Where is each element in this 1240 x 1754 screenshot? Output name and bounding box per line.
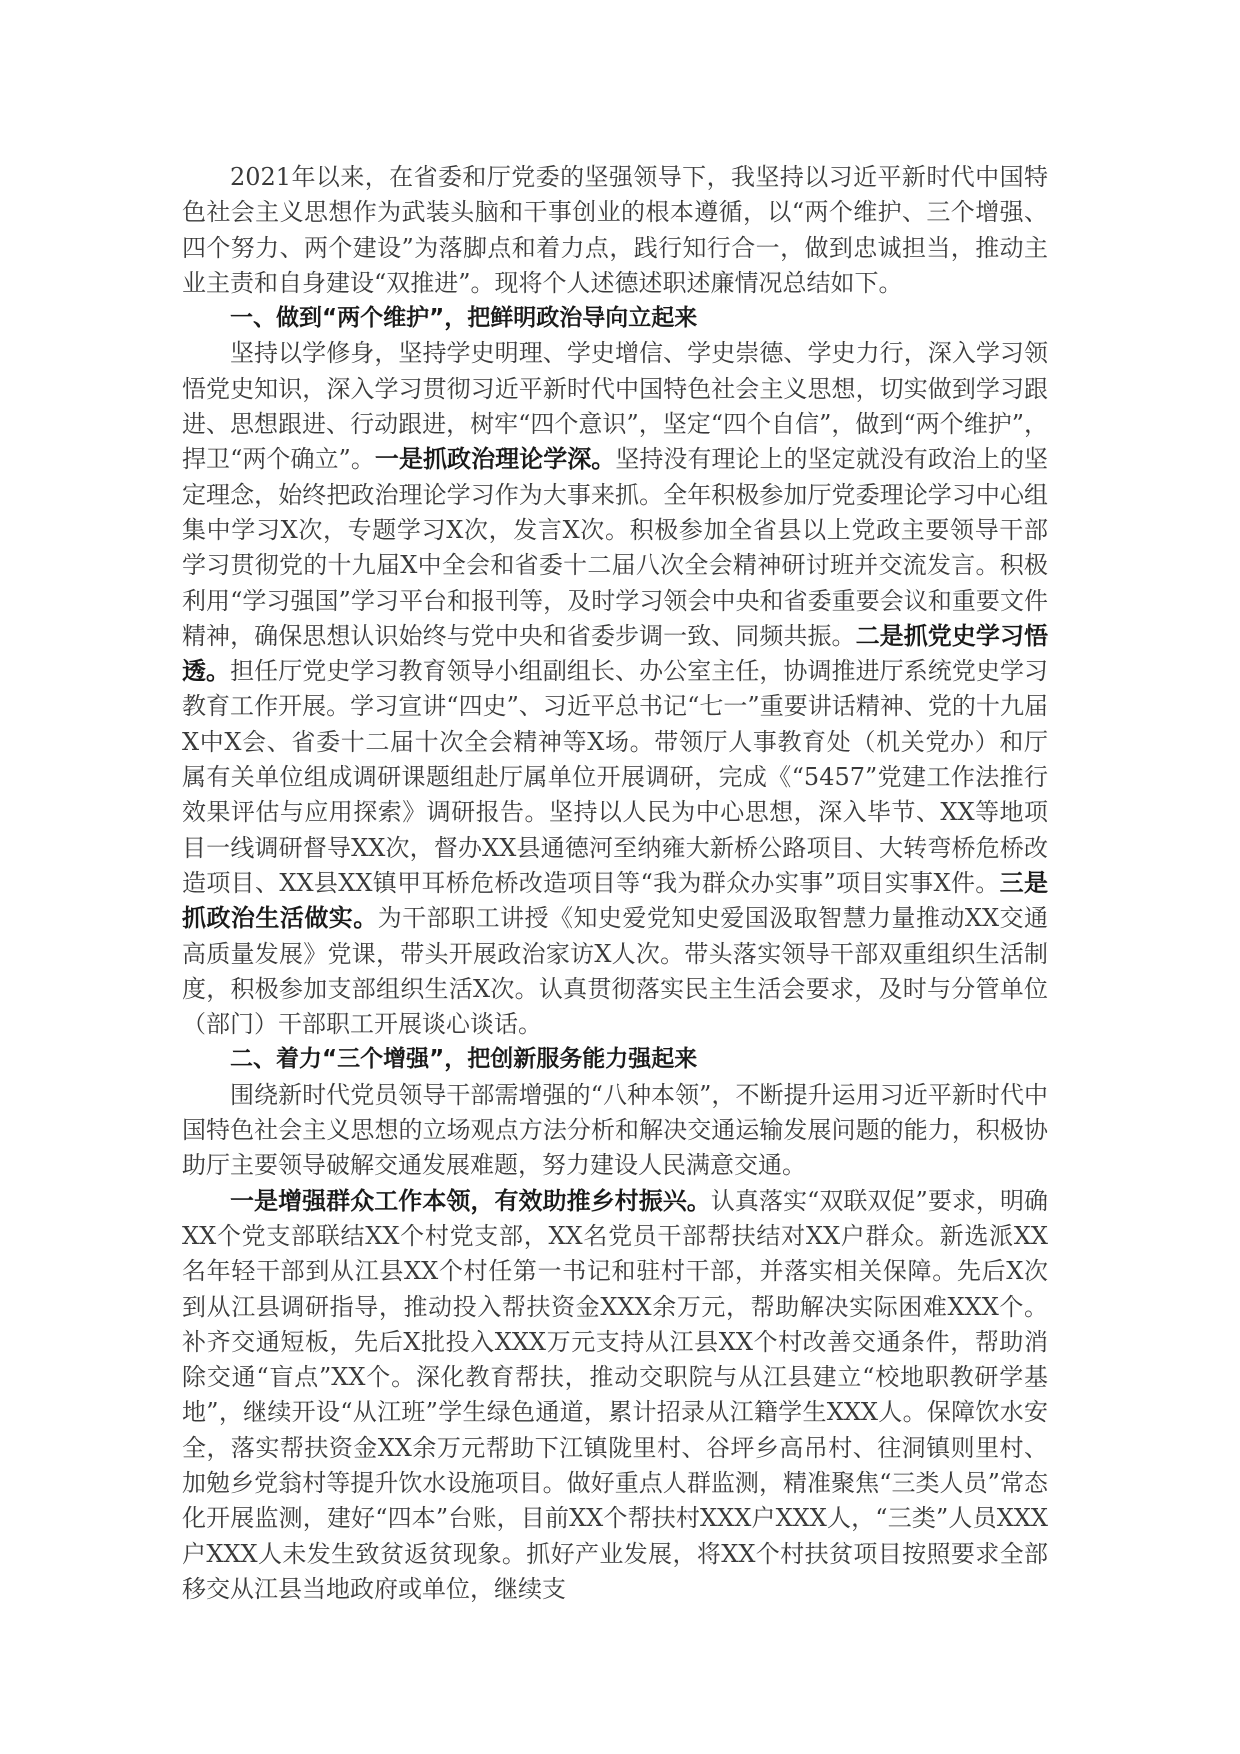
section-1-lead-1: 一是抓政治理论学深。 [375,445,615,473]
section-2-paragraph-1: 围绕新时代党员领导干部需增强的“八种本领”，不断提升运用习近平新时代中国特色社会… [182,1078,1048,1184]
section-1-paragraph: 坚持以学修身，坚持学史明理、学史增信、学史崇德、学史力行，深入学习领悟党史知识，… [182,336,1048,1042]
section-2-paragraph-2: 一是增强群众工作本领，有效助推乡村振兴。认真落实“双联双促”要求，明确XX个党支… [182,1184,1048,1608]
section-2-text: 认真落实“双联双促”要求，明确XX个党支部联结XX个村党支部，XX名党员干部帮扶… [182,1187,1048,1603]
document-page: 2021年以来，在省委和厅党委的坚强领导下，我坚持以习近平新时代中国特色社会主义… [182,160,1048,1607]
section-1-heading: 一、做到“两个维护”，把鲜明政治导向立起来 [182,301,1048,336]
section-1-text-b: 坚持没有理论上的坚定就没有政治上的坚定理念，始终把政治理论学习作为大事来抓。全年… [182,445,1048,649]
section-2-lead-1: 一是增强群众工作本领，有效助推乡村振兴。 [230,1187,711,1215]
section-1-text-c: 担任厅党史学习教育领导小组副组长、办公室主任，协调推进厅系统党史学习教育工作开展… [182,657,1048,897]
intro-paragraph: 2021年以来，在省委和厅党委的坚强领导下，我坚持以习近平新时代中国特色社会主义… [182,160,1048,301]
section-2-heading: 二、着力“三个增强”，把创新服务能力强起来 [182,1042,1048,1077]
